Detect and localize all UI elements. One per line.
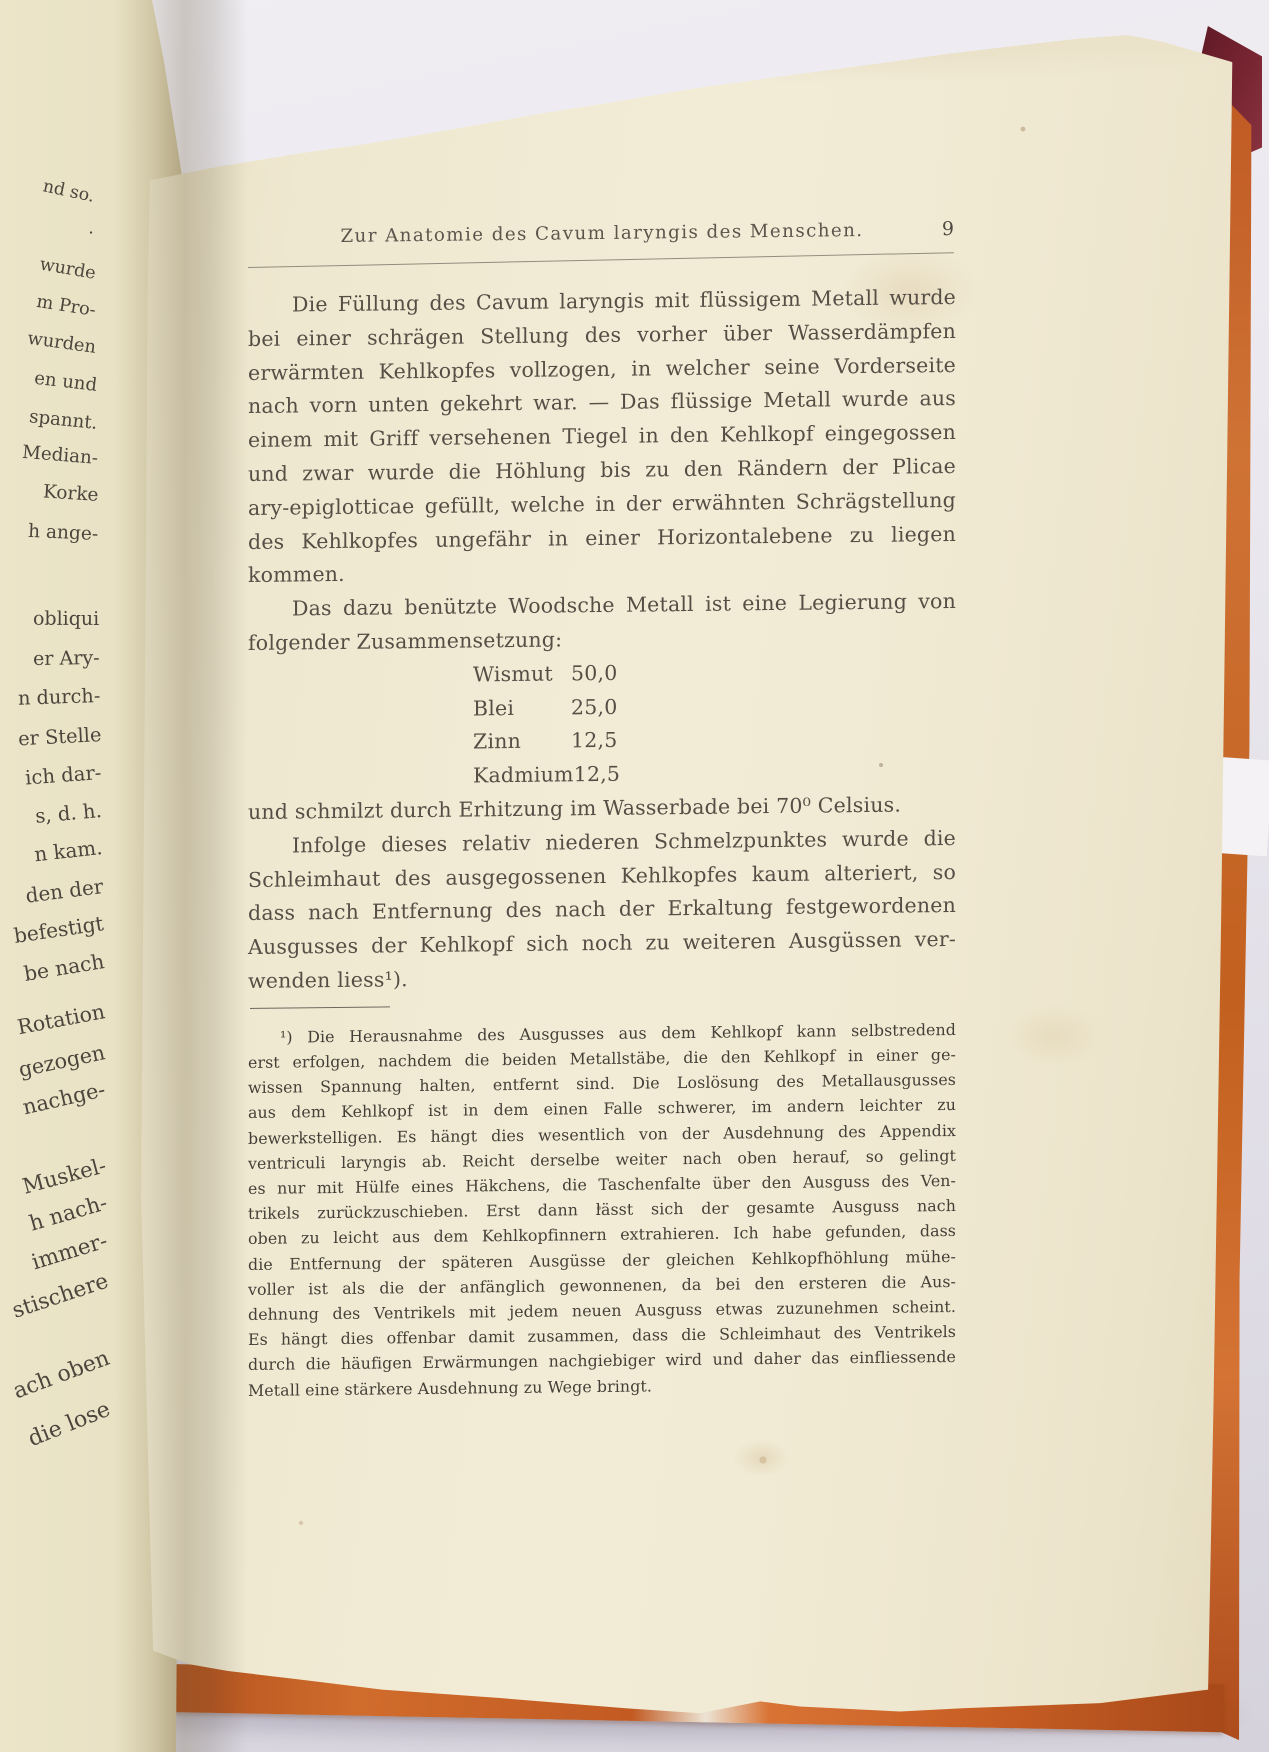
footnote-separator (250, 1006, 390, 1009)
alloy-composition-table: Wismut50,0Blei25,0Zinn12,5Kadmium12,5 (473, 653, 956, 794)
left-page-text-fragment: ach oben (10, 1346, 113, 1405)
alloy-row: Wismut50,0 (473, 653, 956, 692)
left-page-text-fragment: wurde (38, 255, 97, 284)
left-page-text-fragment: n kam. (33, 836, 103, 866)
left-page-text-fragment: be nach (22, 949, 106, 986)
left-page-text-fragment: ich dar- (24, 761, 102, 789)
left-page-text-fragment: h ange- (28, 521, 99, 545)
left-page-text-fragment: stischere (9, 1269, 111, 1324)
left-page-text-fragment: befestigt (12, 911, 105, 948)
left-page-text-fragment: m Pro- (35, 291, 97, 321)
alloy-row: Blei25,0 (473, 687, 956, 726)
left-page-text-fragment: er Ary- (33, 646, 100, 670)
main-text: Die Füllung des Cavum laryngis mit flüss… (248, 281, 956, 1403)
alloy-amount: 12,5 (571, 728, 617, 753)
left-page-text-fragment: die lose (24, 1396, 114, 1452)
footnote: ¹) Die Herausnahme des Ausgusses aus dem… (248, 1017, 956, 1403)
alloy-metal-name: Blei (473, 691, 571, 726)
left-page-text-fragment: nachge- (21, 1077, 108, 1119)
running-title: Zur Anatomie des Cavum laryngis des Mens… (248, 219, 956, 248)
page-content: Zur Anatomie des Cavum laryngis des Mens… (248, 0, 956, 1500)
alloy-amount: 50,0 (571, 661, 617, 686)
text-line: wenden liess¹). (248, 957, 956, 999)
left-page-text-fragment: Median- (21, 442, 98, 469)
left-page-text-fragment: Rotation (15, 999, 106, 1039)
left-page-text-fragment: Korke (42, 481, 99, 506)
left-page-text-fragment: nd so. (41, 176, 96, 206)
left-page-text-fragment: gezogen (16, 1040, 107, 1082)
book-photo: nd so..wurdem Pro-wurdenen undspannt.Med… (0, 0, 1269, 1752)
left-page-text-fragment: obliqui (33, 608, 99, 630)
header-rule (248, 252, 954, 268)
left-page-text-fragment: en und (33, 368, 98, 396)
alloy-metal-name: Zinn (473, 725, 571, 760)
left-page-text-fragment: den der (24, 874, 104, 908)
left-page-text-fragment: s, d. h. (34, 799, 102, 828)
alloy-row: Zinn12,5 (473, 720, 956, 759)
left-page-text-fragment: . (87, 218, 96, 239)
left-page-text-fragment: er Stelle (17, 723, 101, 750)
left-page-text-fragment: wurden (26, 328, 97, 358)
paragraph-wood-metal: Das dazu benützte Woodsche Metall ist ei… (248, 585, 956, 661)
alloy-metal-name: Wismut (473, 657, 571, 692)
left-page-text-fragment: spannt. (28, 406, 98, 434)
left-page-text-fragment: immer- (29, 1229, 111, 1276)
foxing-specks (0, 0, 2, 2)
paragraph-metal-filling: Die Füllung des Cavum laryngis mit flüss… (248, 281, 956, 593)
alloy-row: Kadmium12,5 (473, 754, 956, 793)
alloy-amount: 12,5 (574, 762, 620, 787)
page-number: 9 (942, 218, 954, 240)
left-page-text-fragment: n durch- (18, 684, 101, 710)
alloy-amount: 25,0 (571, 694, 617, 719)
alloy-metal-name: Kadmium (473, 758, 574, 793)
paragraph-mucosa: Infolge dieses relativ niederen Schmelzp… (248, 822, 956, 999)
